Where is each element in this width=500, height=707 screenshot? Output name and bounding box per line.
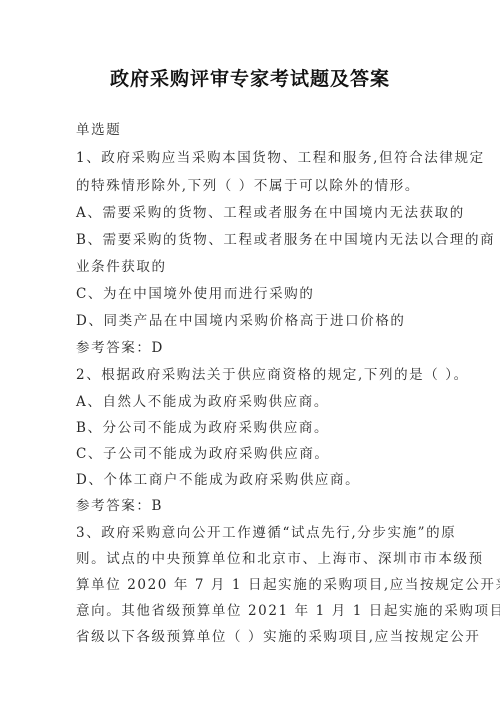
q3-line-1: 3、政府采购意向公开工作遵循“试点先行,分步实施”的原 bbox=[76, 521, 428, 541]
q1-line-1: 1、政府采购应当采购本国货物、工程和服务,但符合法律规定 bbox=[76, 146, 428, 166]
q1-option-b: B、需要采购的货物、工程或者服务在中国境内无法以合理的商 bbox=[76, 228, 428, 248]
q2-line-1: 2、根据政府采购法关于供应商资格的规定,下列的是（ ）。 bbox=[76, 363, 428, 383]
q2-option-a: A、自然人不能成为政府采购供应商。 bbox=[76, 390, 428, 410]
q3-line-4: 意向。其他省级预算单位 2021 年 1 月 1 日起实施的采购项目、 bbox=[76, 599, 428, 619]
q1-option-b-cont: 业条件获取的 bbox=[76, 255, 428, 275]
q2-option-b: B、分公司不能成为政府采购供应商。 bbox=[76, 416, 428, 436]
q2-option-c: C、子公司不能成为政府采购供应商。 bbox=[76, 442, 428, 462]
q1-line-2: 的特殊情形除外,下列（ ）不属于可以除外的情形。 bbox=[76, 174, 428, 194]
q1-answer: 参考答案：D bbox=[76, 336, 428, 356]
q1-option-d: D、同类产品在中国境内采购价格高于进口价格的 bbox=[76, 309, 428, 329]
q3-line-5: 省级以下各级预算单位（ ）实施的采购项目,应当按规定公开 bbox=[76, 625, 428, 645]
q3-line-2: 则。试点的中央预算单位和北京市、上海市、深圳市市本级预 bbox=[76, 547, 428, 567]
q2-answer: 参考答案：B bbox=[76, 494, 428, 514]
q1-option-a: A、需要采购的货物、工程或者服务在中国境内无法获取的 bbox=[76, 201, 428, 221]
document-title: 政府采购评审专家考试题及答案 bbox=[0, 64, 500, 91]
q2-option-d: D、个体工商户不能成为政府采购供应商。 bbox=[76, 468, 428, 488]
section-heading: 单选题 bbox=[76, 118, 428, 138]
q3-line-3: 算单位 2020 年 7 月 1 日起实施的采购项目,应当按规定公开采购 bbox=[76, 573, 428, 593]
q1-option-c: C、为在中国境外使用而进行采购的 bbox=[76, 282, 428, 302]
